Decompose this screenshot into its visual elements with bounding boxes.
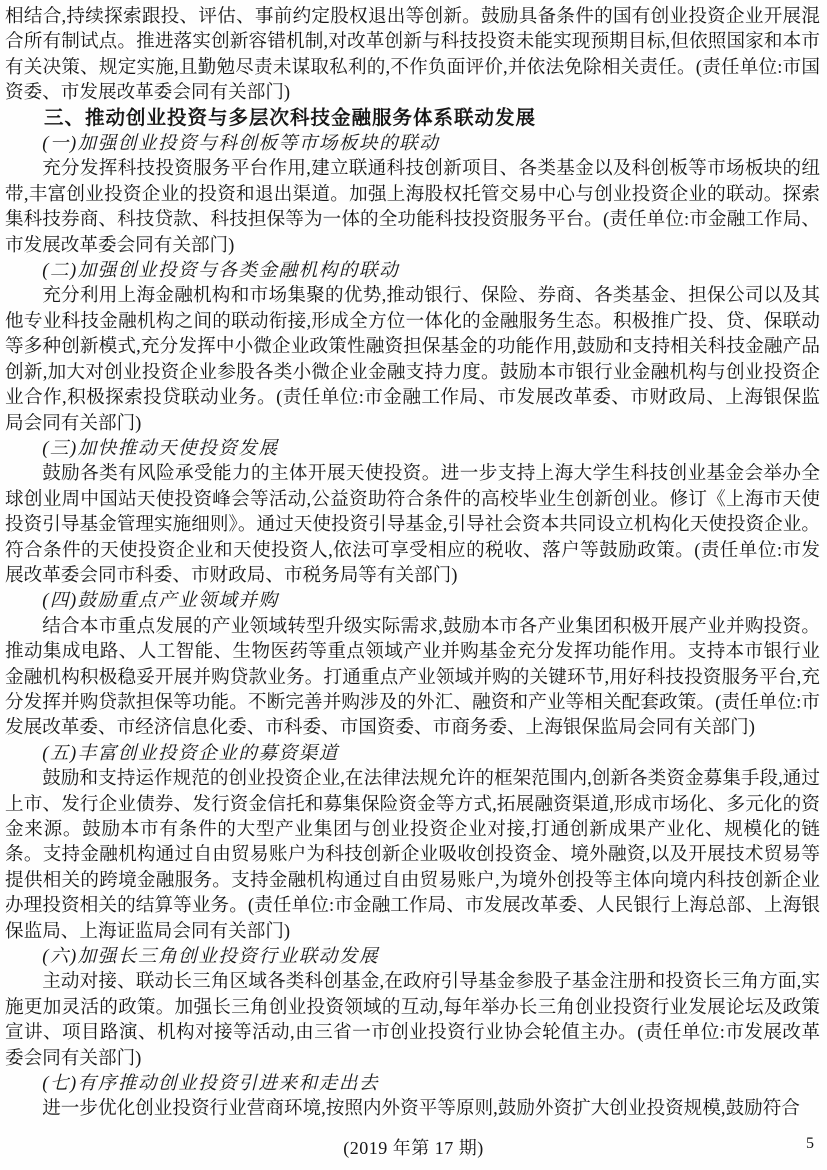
subsection-heading: (六)加强长三角创业投资行业联动发展 xyxy=(5,944,820,969)
footer-page-number: 5 xyxy=(806,1135,814,1153)
subsection-heading: (二)加强创业投资与各类金融机构的联动 xyxy=(5,258,820,283)
subsection-heading: (五)丰富创业投资企业的募资渠道 xyxy=(5,741,820,766)
subsection-heading: (七)有序推动创业投资引进来和走出去 xyxy=(5,1071,820,1096)
paragraph: 鼓励各类有风险承受能力的主体开展天使投资。进一步支持上海大学生科技创业基金会举办… xyxy=(5,461,820,588)
subsection-heading: (三)加快推动天使投资发展 xyxy=(5,436,820,461)
paragraph: 进一步优化创业投资行业营商环境,按照内外资平等原则,鼓励外资扩大创业投资规模,鼓… xyxy=(5,1096,820,1121)
subsection-heading: (一)加强创业投资与科创板等市场板块的联动 xyxy=(5,131,820,156)
page-footer: (2019 年第 17 期) 5 xyxy=(0,1134,827,1160)
document-page: 相结合,持续探索跟投、评估、事前约定股权退出等创新。鼓励具备条件的国有创业投资企… xyxy=(0,0,827,1170)
paragraph: 结合本市重点发展的产业领域转型升级实际需求,鼓励本市各产业集团积极开展产业并购投… xyxy=(5,614,820,741)
section-heading: 三、推动创业投资与多层次科技金融服务体系联动发展 xyxy=(5,106,820,131)
paragraph-continuation: 相结合,持续探索跟投、评估、事前约定股权退出等创新。鼓励具备条件的国有创业投资企… xyxy=(5,4,820,106)
document-body: 相结合,持续探索跟投、评估、事前约定股权退出等创新。鼓励具备条件的国有创业投资企… xyxy=(0,0,827,1122)
subsection-heading: (四)鼓励重点产业领域并购 xyxy=(5,588,820,613)
paragraph: 主动对接、联动长三角区域各类科创基金,在政府引导基金参股子基金注册和投资长三角方… xyxy=(5,969,820,1071)
paragraph: 充分利用上海金融机构和市场集聚的优势,推动银行、保险、券商、各类基金、担保公司以… xyxy=(5,283,820,435)
paragraph: 充分发挥科技投资服务平台作用,建立联通科技创新项目、各类基金以及科创板等市场板块… xyxy=(5,156,820,258)
paragraph: 鼓励和支持运作规范的创业投资企业,在法律法规允许的框架范围内,创新各类资金募集手… xyxy=(5,766,820,944)
footer-issue-label: (2019 年第 17 期) xyxy=(0,1134,827,1160)
